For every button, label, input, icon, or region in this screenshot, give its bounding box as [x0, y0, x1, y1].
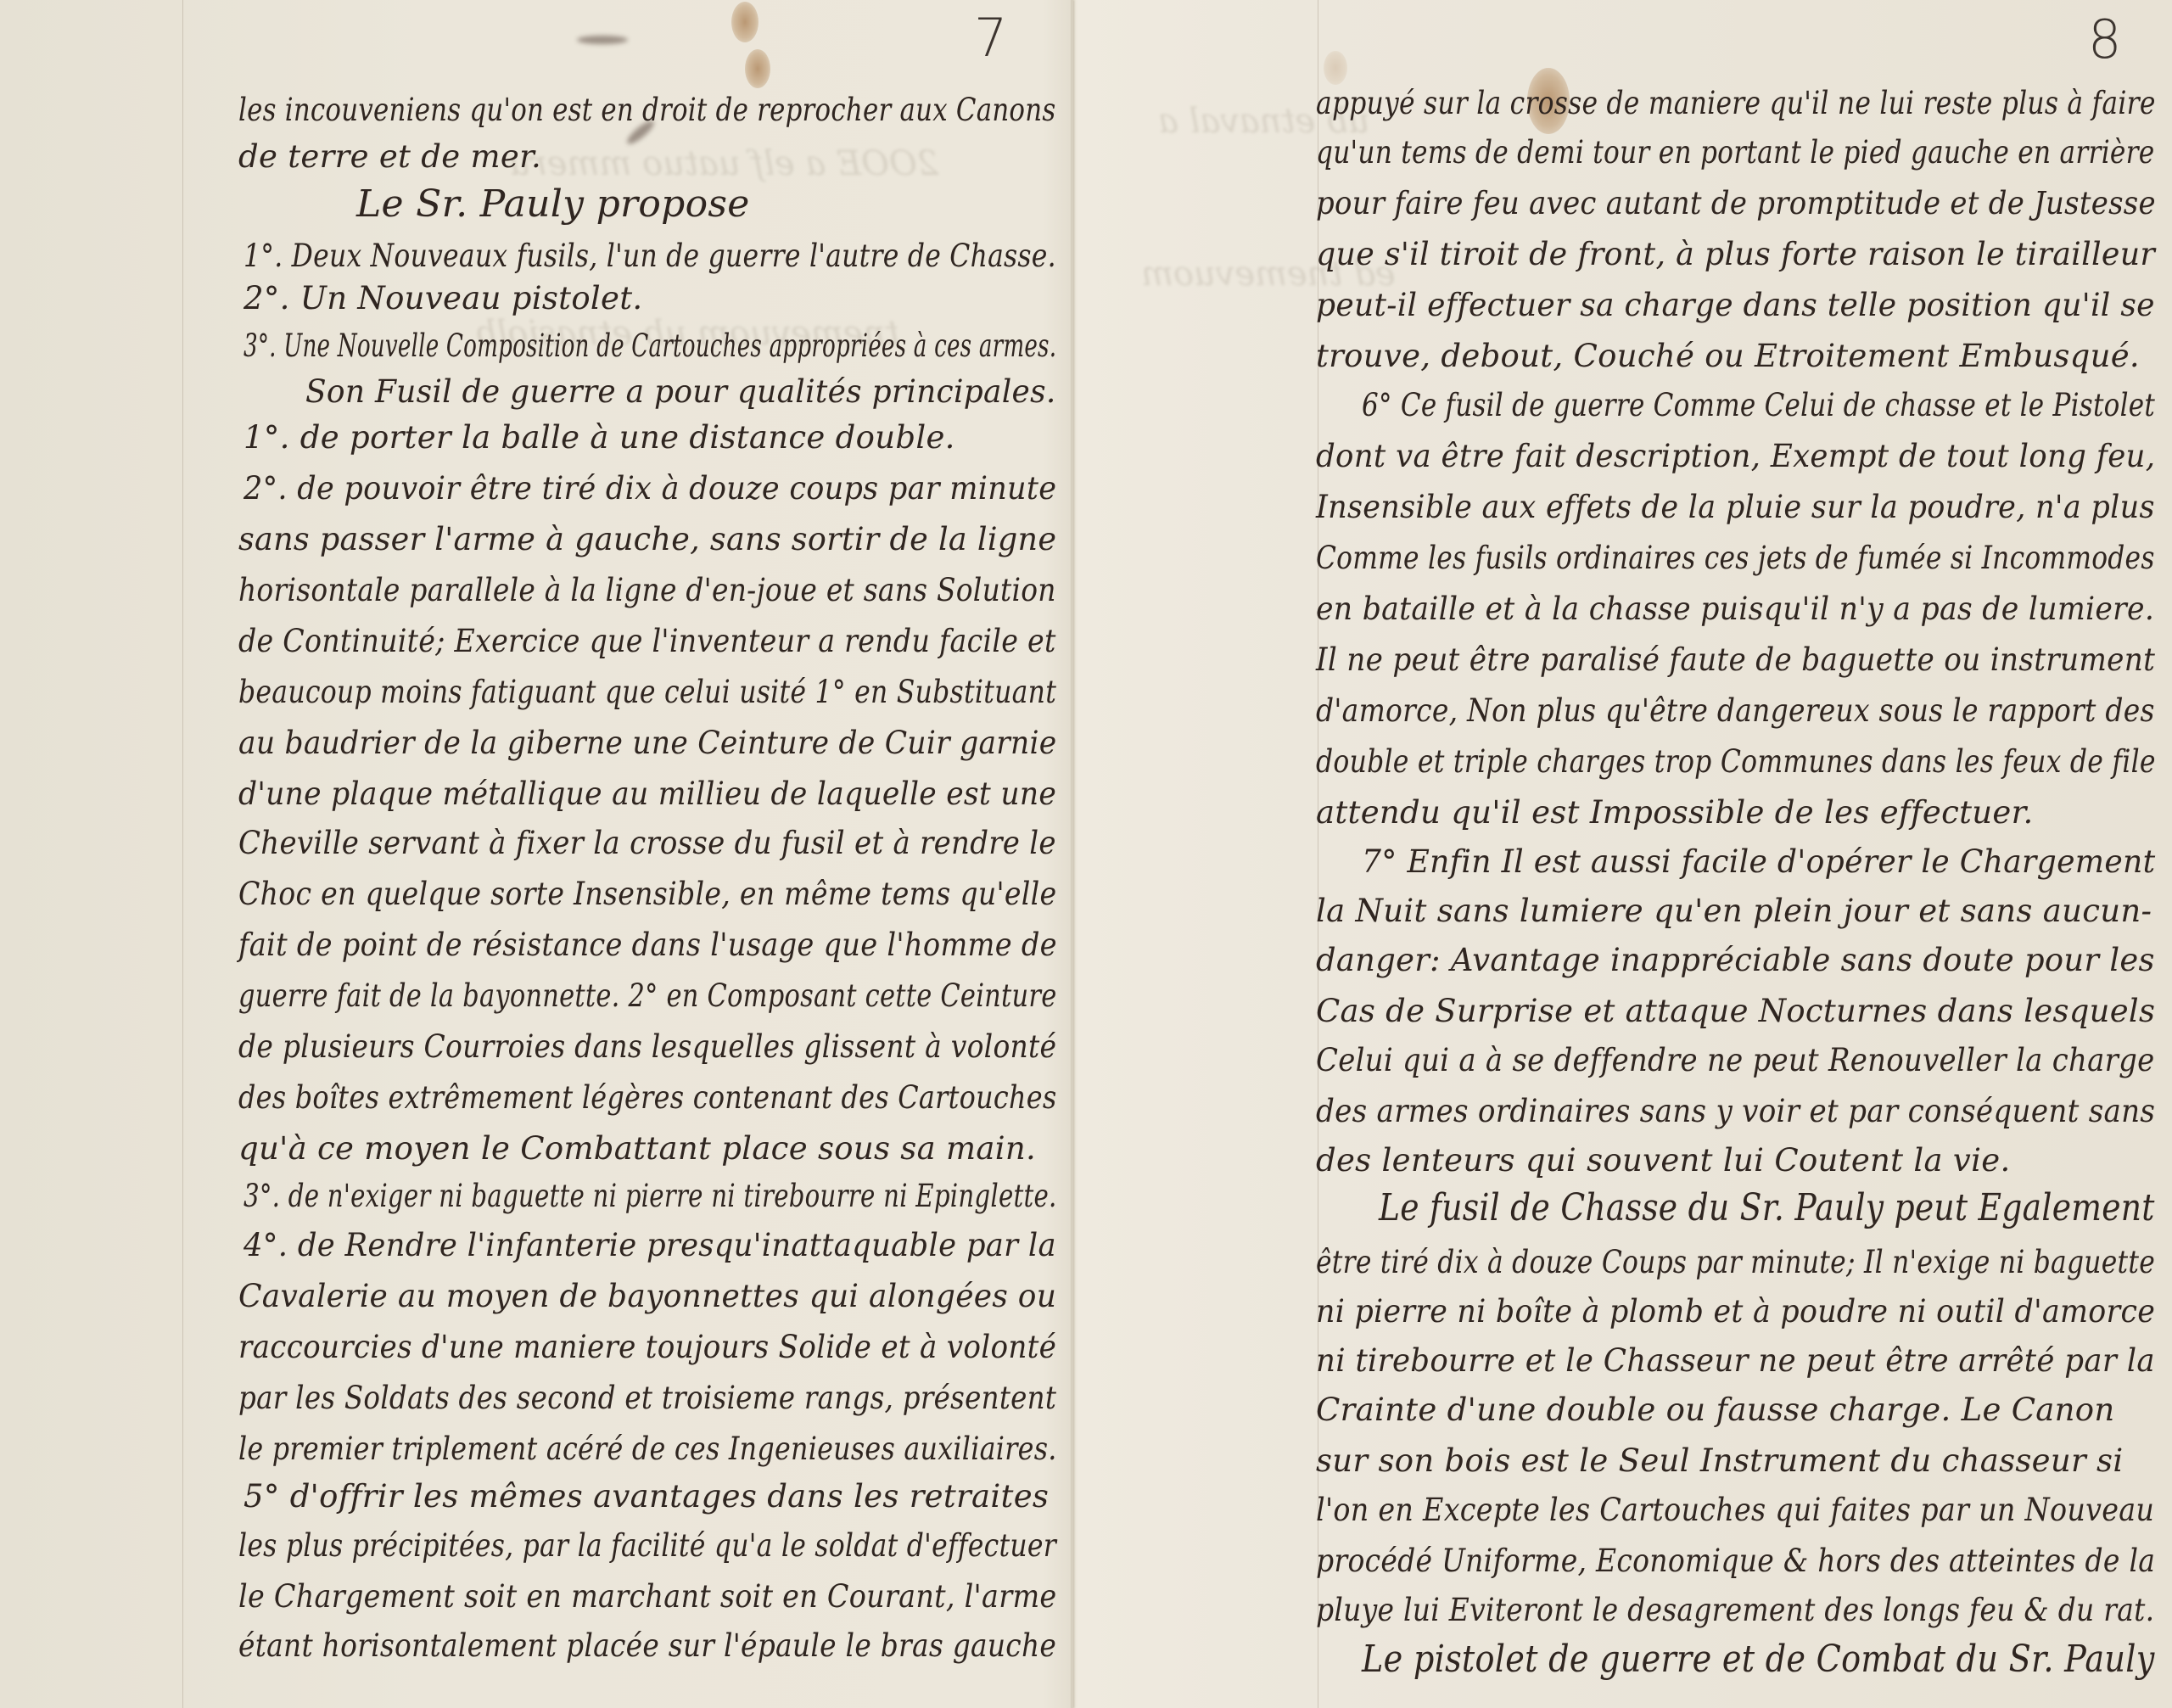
- text-line: l'on en Excepte les Cartouches qui faite…: [1316, 1492, 2154, 1528]
- folio-number: 7: [974, 7, 1007, 69]
- text-line: Cas de Surprise et attaque Nocturnes dan…: [1316, 993, 2155, 1029]
- text-line: d'une plaque métallique au millieu de la…: [238, 776, 1056, 812]
- text-line: double et triple charges trop Communes d…: [1316, 743, 2156, 780]
- text-line: par les Soldats des second et troisieme …: [238, 1380, 1056, 1416]
- text-line: dont va être fait description, Exempt de…: [1316, 438, 2155, 474]
- text-line: 6° Ce fusil de guerre Comme Celui de cha…: [1362, 387, 2155, 423]
- text-line: en bataille et à la chasse puisqu'il n'y…: [1316, 591, 2154, 627]
- text-line: sur son bois est le Seul Instrument du c…: [1316, 1442, 2123, 1479]
- text-line: fait de point de résistance dans l'usage…: [238, 927, 1057, 963]
- text-line: qu'un tems de demi tour en portant le pi…: [1316, 134, 2155, 171]
- text-line: appuyé sur la crosse de maniere qu'il ne…: [1316, 85, 2156, 121]
- text-line: 7° Enfin Il est aussi facile d'opérer le…: [1362, 843, 2155, 880]
- text-line: qu'à ce moyen le Combattant place sous s…: [238, 1130, 1036, 1167]
- text-line: de terre et de mer.: [238, 138, 541, 175]
- text-line: Il ne peut être paralisé faute de baguet…: [1316, 641, 2155, 678]
- ink-stain: [1324, 51, 1347, 85]
- text-line: des lenteurs qui souvent lui Coutent la …: [1316, 1142, 2011, 1179]
- ink-stain: [745, 49, 770, 88]
- text-line: guerre fait de la bayonnette. 2° en Comp…: [238, 977, 1056, 1014]
- text-line: raccourcies d'une maniere toujours Solid…: [238, 1329, 1056, 1365]
- text-line: 1°. Deux Nouveaux fusils, l'un de guerre…: [244, 238, 1056, 274]
- text-line: être tiré dix à douze Coups par minute; …: [1316, 1244, 2155, 1280]
- text-line: peut-il effectuer sa charge dans telle p…: [1316, 287, 2155, 323]
- text-line: que s'il tiroit de front, à plus forte r…: [1316, 236, 2155, 272]
- text-line: d'amorce, Non plus qu'être dangereux sou…: [1316, 692, 2155, 729]
- left-margin-rule: [182, 0, 183, 1708]
- text-line: Comme les fusils ordinaires ces jets de …: [1316, 540, 2155, 576]
- text-line: 2°. de pouvoir être tiré dix à douze cou…: [244, 470, 1056, 507]
- text-line: Celui qui a à se deffendre ne peut Renou…: [1316, 1042, 2154, 1078]
- text-line: Son Fusil de guerre a pour qualités prin…: [305, 373, 1056, 410]
- text-line: des boîtes extrêmement légères contenant…: [238, 1079, 1056, 1116]
- text-line: sans passer l'arme à gauche, sans sortir…: [238, 521, 1056, 557]
- left-page: 7 2OOE a elf uatuo mmeru tnemevuom ub et…: [0, 0, 1072, 1708]
- text-line: Cavalerie au moyen de bayonnettes qui al…: [238, 1278, 1056, 1314]
- text-line: les incouveniens qu'on est en droit de r…: [238, 92, 1055, 128]
- section-heading: Le fusil de Chasse du Sr. Pauly peut Ega…: [1379, 1186, 2155, 1229]
- text-line: le Chargement soit en marchant soit en C…: [238, 1578, 1056, 1615]
- text-line: attendu qu'il est Impossible de les effe…: [1316, 794, 2034, 831]
- text-line: horisontale parallele à la ligne d'en-jo…: [238, 572, 1056, 608]
- folio-number: 8: [2088, 8, 2121, 70]
- text-line: le premier triplement acéré de ces Ingen…: [238, 1431, 1057, 1467]
- text-line: ni tirebourre et le Chasseur ne peut êtr…: [1316, 1342, 2155, 1379]
- text-line: Choc en quelque sorte Insensible, en mêm…: [238, 876, 1056, 912]
- text-line: danger: Avantage inappréciable sans dout…: [1316, 942, 2155, 978]
- text-line: des armes ordinaires sans y voir et par …: [1316, 1093, 2155, 1129]
- text-line: 5° d'offrir les mêmes avantages dans les…: [244, 1478, 1049, 1515]
- text-line: 4°. de Rendre l'infanterie presqu'inatta…: [244, 1227, 1056, 1263]
- text-line: Cheville servant à fixer la crosse du fu…: [238, 825, 1056, 861]
- ink-smudge: [577, 36, 628, 44]
- text-line: pluye lui Eviteront le desagrement des l…: [1316, 1592, 2154, 1628]
- show-through-text: 2OOE a elf uatuo mmeru: [509, 144, 938, 183]
- ink-stain: [731, 2, 759, 42]
- section-heading: Le pistolet de guerre et de Combat du Sr…: [1362, 1638, 2155, 1681]
- text-line: trouve, debout, Couché ou Etroitement Em…: [1316, 338, 2140, 374]
- manuscript-spread: 7 2OOE a elf uatuo mmeru tnemevuom ub et…: [0, 0, 2172, 1708]
- text-line: Insensible aux effets de la pluie sur la…: [1316, 489, 2155, 525]
- text-line: pour faire feu avec autant de promptitud…: [1316, 185, 2156, 221]
- text-line: la Nuit sans lumiere qu'en plein jour et…: [1316, 893, 2152, 929]
- right-page: 8 ub etnaval a ed tnemevuom appuyé sur l…: [1073, 0, 2172, 1708]
- text-line: 1°. de porter la balle à une distance do…: [244, 419, 955, 456]
- text-line: beaucoup moins fatiguant que celui usité…: [238, 674, 1056, 710]
- text-line: 2°. Un Nouveau pistolet.: [244, 280, 642, 316]
- text-line: au baudrier de la giberne une Ceinture d…: [238, 725, 1056, 761]
- text-line: 3°. de n'exiger ni baguette ni pierre ni…: [244, 1178, 1057, 1214]
- section-heading: Le Sr. Pauly propose: [356, 182, 750, 226]
- text-line: de Continuité; Exercice que l'inventeur …: [238, 623, 1056, 659]
- text-line: de plusieurs Courroies dans lesquelles g…: [238, 1028, 1056, 1065]
- text-line: étant horisontalement placée sur l'épaul…: [238, 1627, 1056, 1664]
- text-line: Crainte d'une double ou fausse charge. L…: [1316, 1392, 2115, 1428]
- text-line: procédé Uniforme, Economique & hors des …: [1316, 1543, 2155, 1579]
- text-line: ni pierre ni boîte à plomb et à poudre n…: [1316, 1293, 2155, 1330]
- text-line: les plus précipitées, par la facilité qu…: [238, 1527, 1056, 1564]
- text-line: 3°. Une Nouvelle Composition de Cartouch…: [244, 328, 1056, 364]
